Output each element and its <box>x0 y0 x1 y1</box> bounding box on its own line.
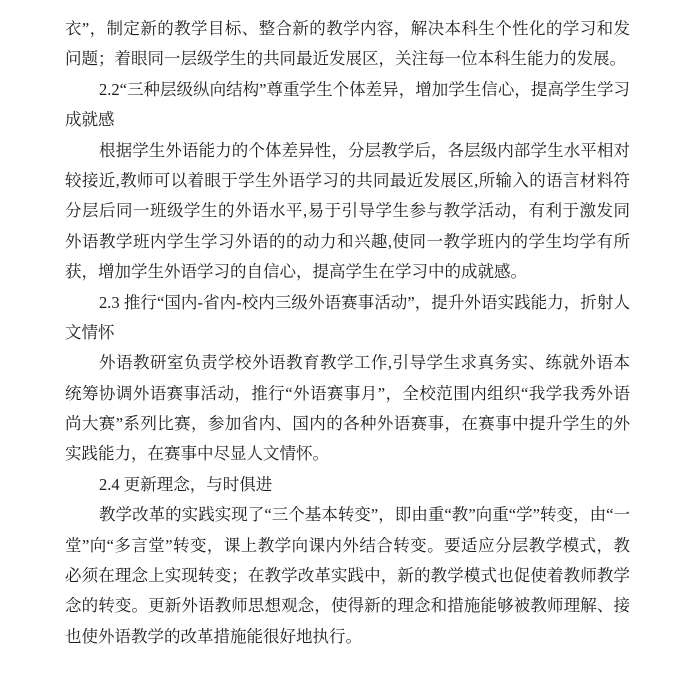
text-line: 外语教学班内学生学习外语的的动力和兴趣,使同一教学班内的学生均学有所 <box>65 227 630 257</box>
text-line: 统筹协调外语赛事活动，推行“外语赛事月”，全校范围内组织“我学我秀外语风 <box>65 379 630 409</box>
text-line: 文情怀 <box>65 318 630 348</box>
document-page: 衣”，制定新的教学目标、整合新的教学内容，解决本科生个性化的学习和发展问题；着眼… <box>0 0 692 675</box>
text-line: 外语教研室负责学校外语教育教学工作,引导学生求真务实、练就外语本领， <box>65 348 630 378</box>
text-line: 教学改革的实践实现了“三个基本转变”，即由重“教”向重“学”转变，由“一言 <box>65 500 630 530</box>
text-line: 根据学生外语能力的个体差异性，分层教学后，各层级内部学生水平相对比 <box>65 136 630 166</box>
text-line: 堂”向“多言堂”转变，课上教学向课内外结合转变。要适应分层教学模式，教师 <box>65 531 630 561</box>
text-line: 2.2“三种层级纵向结构”尊重学生个体差异，增加学生信心，提高学生学习 <box>65 75 630 105</box>
section-heading: 2.3 推行“国内-省内-校内三级外语赛事活动”，提升外语实践能力，折射人文情怀 <box>65 288 630 349</box>
text-line: 实践能力，在赛事中尽显人文情怀。 <box>65 439 630 469</box>
text-line: 2.4 更新理念，与时俱进 <box>65 470 630 500</box>
section-heading: 2.4 更新理念，与时俱进 <box>65 470 630 500</box>
text-line: 衣”，制定新的教学目标、整合新的教学内容，解决本科生个性化的学习和发展 <box>65 14 630 44</box>
section-heading: 2.2“三种层级纵向结构”尊重学生个体差异，增加学生信心，提高学生学习成就感 <box>65 75 630 136</box>
text-line: 尚大赛”系列比赛，参加省内、国内的各种外语赛事，在赛事中提升学生的外语 <box>65 409 630 439</box>
text-line: 分层后同一班级学生的外语水平,易于引导学生参与教学活动，有利于激发同一 <box>65 196 630 226</box>
text-line: 2.3 推行“国内-省内-校内三级外语赛事活动”，提升外语实践能力，折射人 <box>65 288 630 318</box>
body-paragraph: 衣”，制定新的教学目标、整合新的教学内容，解决本科生个性化的学习和发展问题；着眼… <box>65 14 630 75</box>
body-paragraph: 外语教研室负责学校外语教育教学工作,引导学生求真务实、练就外语本领，统筹协调外语… <box>65 348 630 470</box>
text-line: 问题；着眼同一层级学生的共同最近发展区，关注每一位本科生能力的发展。 <box>65 44 630 74</box>
document-text-body: 衣”，制定新的教学目标、整合新的教学内容，解决本科生个性化的学习和发展问题；着眼… <box>65 14 630 652</box>
text-line: 念的转变。更新外语教师思想观念，使得新的理念和措施能够被教师理解、接受， <box>65 591 630 621</box>
text-line: 较接近,教师可以着眼于学生外语学习的共同最近发展区,所输入的语言材料符合 <box>65 166 630 196</box>
text-line: 也使外语教学的改革措施能很好地执行。 <box>65 622 630 652</box>
body-paragraph: 教学改革的实践实现了“三个基本转变”，即由重“教”向重“学”转变，由“一言堂”向… <box>65 500 630 652</box>
body-paragraph: 根据学生外语能力的个体差异性，分层教学后，各层级内部学生水平相对比较接近,教师可… <box>65 136 630 288</box>
text-line: 获，增加学生外语学习的自信心，提高学生在学习中的成就感。 <box>65 257 630 287</box>
text-line: 成就感 <box>65 105 630 135</box>
text-line: 必须在理念上实现转变；在教学改革实践中，新的教学模式也促使着教师教学理 <box>65 561 630 591</box>
